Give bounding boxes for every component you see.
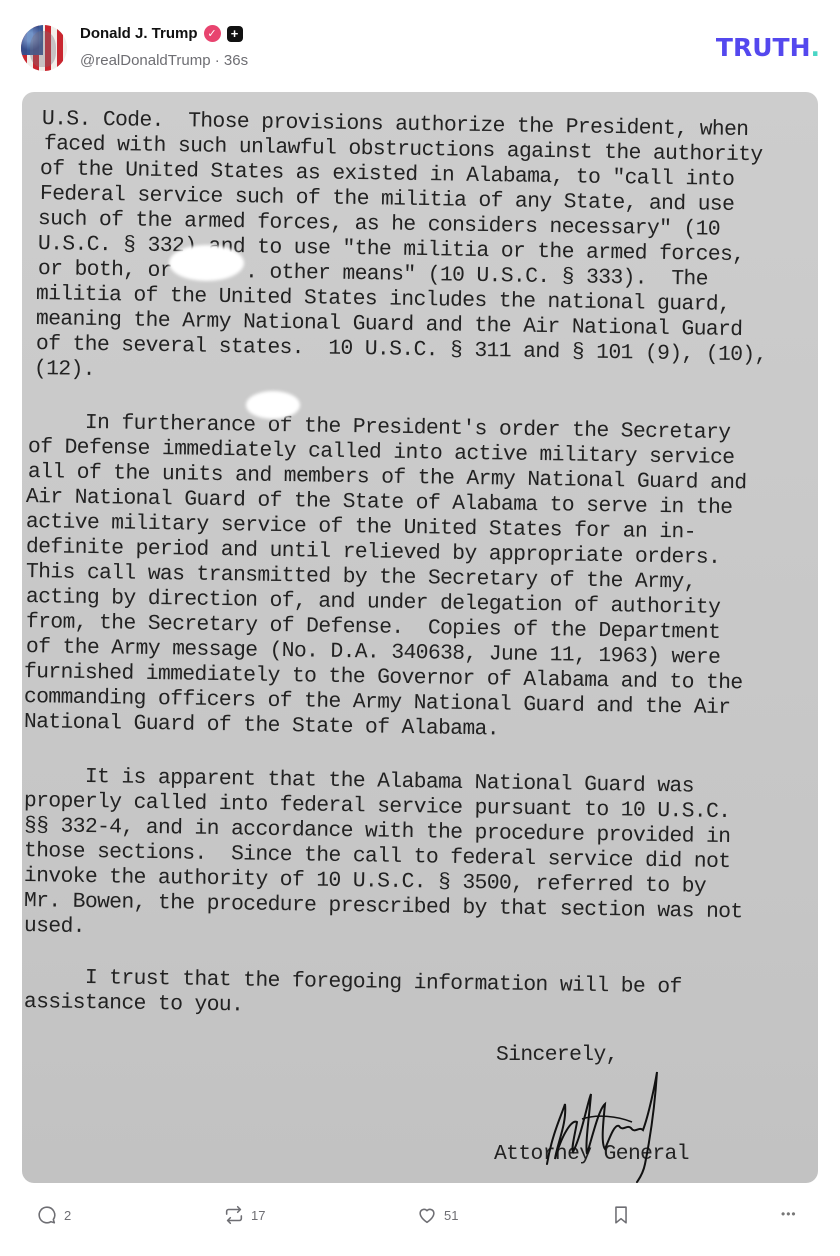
more-icon: ••• <box>781 1207 797 1221</box>
logo-dot: . <box>811 33 821 62</box>
document-paragraph: It is apparent that the Alabama National… <box>22 764 818 939</box>
post-actions: 2 17 51 ••• <box>0 1196 840 1240</box>
bookmark-icon <box>610 1204 632 1226</box>
avatar[interactable] <box>21 25 67 71</box>
truth-social-logo: TRUTH. <box>716 33 820 62</box>
redaction-glare <box>246 391 300 419</box>
more-options-button[interactable]: ••• <box>781 1207 797 1221</box>
signature <box>527 1064 687 1183</box>
repost-button[interactable]: 17 <box>223 1204 265 1226</box>
verified-badge-icon: ✓ <box>204 25 221 42</box>
repost-count: 17 <box>251 1208 265 1223</box>
redaction-glare <box>169 245 244 281</box>
logo-text: TRUTH <box>716 33 811 62</box>
repost-icon <box>223 1204 245 1226</box>
bookmark-button[interactable] <box>610 1204 632 1226</box>
author-display-name[interactable]: Donald J. Trump <box>80 25 198 42</box>
meta-separator: · <box>215 52 220 69</box>
document-paragraph: U.S. Code. Those provisions authorize th… <box>22 107 818 382</box>
like-count: 51 <box>444 1208 458 1223</box>
attached-document-image[interactable]: U.S. Code. Those provisions authorize th… <box>22 92 818 1183</box>
reply-icon <box>36 1204 58 1226</box>
like-button[interactable]: 51 <box>416 1204 458 1226</box>
heart-icon <box>416 1204 438 1226</box>
author-meta: @realDonaldTrump · 36s <box>80 52 248 69</box>
author-handle[interactable]: @realDonaldTrump <box>80 52 211 69</box>
plus-badge-icon: + <box>227 26 243 42</box>
avatar-face <box>30 31 56 67</box>
reply-button[interactable]: 2 <box>36 1204 71 1226</box>
author-name-row: Donald J. Trump ✓ + <box>80 25 243 42</box>
document-paragraph: I trust that the foregoing information w… <box>22 965 818 1015</box>
reply-count: 2 <box>64 1208 71 1223</box>
post-header: Donald J. Trump ✓ + @realDonaldTrump · 3… <box>0 0 840 92</box>
document-paragraph: In furtherance of the President's order … <box>22 410 818 735</box>
post-timestamp[interactable]: 36s <box>224 52 248 69</box>
